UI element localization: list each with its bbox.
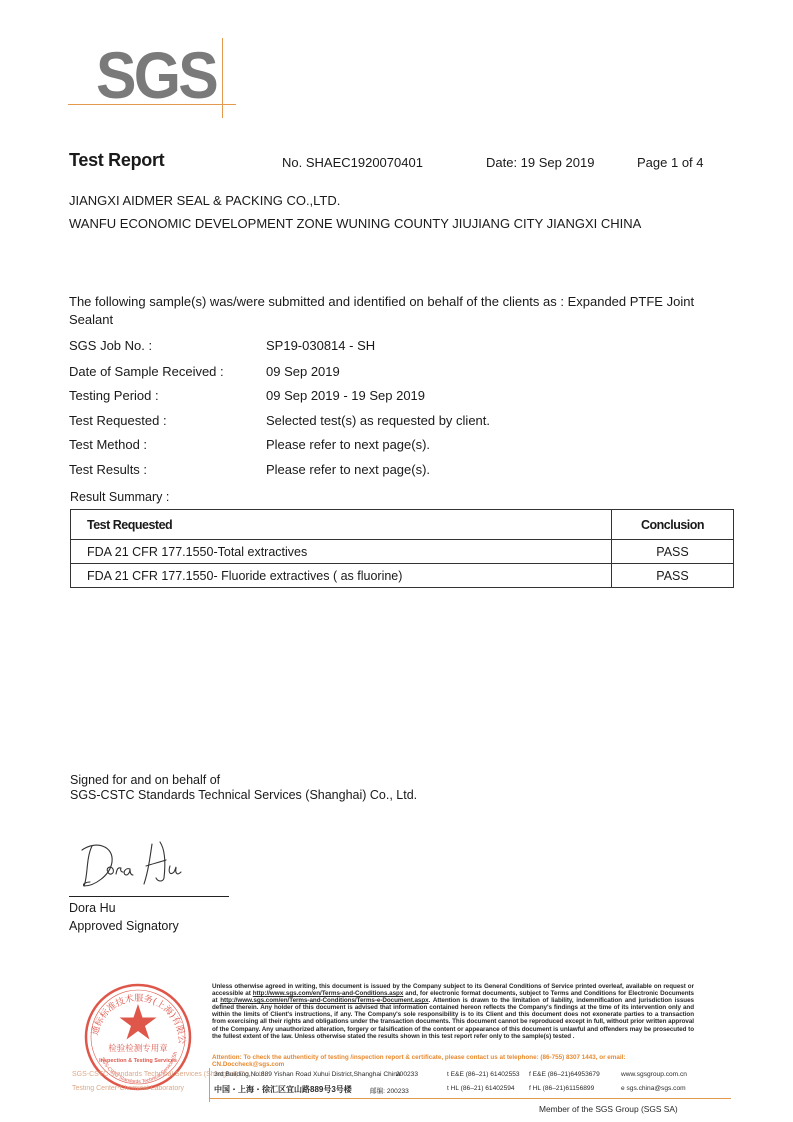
stamp-center-en: Inspection & Testing Services xyxy=(99,1058,177,1064)
terms-link[interactable]: http://www.sgs.com/en/Terms-and-Conditio… xyxy=(253,990,404,997)
result-summary-table: Test Requested Conclusion FDA 21 CFR 177… xyxy=(70,509,734,588)
client-address: WANFU ECONOMIC DEVELOPMENT ZONE WUNING C… xyxy=(69,216,641,231)
stamp-center-cn: 检验检测专用章 xyxy=(108,1043,168,1054)
handwritten-signature xyxy=(78,838,198,890)
info-value: 09 Sep 2019 xyxy=(266,364,340,379)
info-value: 09 Sep 2019 - 19 Sep 2019 xyxy=(266,388,425,403)
test-conclusion: PASS xyxy=(612,540,734,564)
postcode-english: 200233 xyxy=(396,1071,418,1078)
logo-text: SGS xyxy=(96,42,216,108)
sgs-group-membership: Member of the SGS Group (SGS SA) xyxy=(539,1104,678,1114)
table-row: FDA 21 CFR 177.1550- Fluoride extractive… xyxy=(71,564,734,588)
authenticity-notice: Attention: To check the authenticity of … xyxy=(212,1054,694,1068)
document-title: Test Report xyxy=(69,150,164,171)
postcode-chinese: 邮编: 200233 xyxy=(370,1085,409,1095)
website-link[interactable]: www.sgsgroup.com.cn xyxy=(621,1071,687,1078)
phone-hl: t HL (86–21) 61402594 xyxy=(447,1085,515,1092)
client-name: JIANGXI AIDMER SEAL & PACKING CO.,LTD. xyxy=(69,193,340,208)
table-header-row: Test Requested Conclusion xyxy=(71,510,734,540)
info-label: Test Results : xyxy=(69,462,147,477)
legal-disclaimer: Unless otherwise agreed in writing, this… xyxy=(212,983,694,1040)
logo-horizontal-rule xyxy=(68,104,236,105)
report-number: No. SHAEC1920070401 xyxy=(282,155,423,170)
info-label: SGS Job No. : xyxy=(69,338,152,353)
fax-ee: f E&E (86–21)64953679 xyxy=(529,1071,600,1078)
info-value: Please refer to next page(s). xyxy=(266,437,430,452)
sgs-logo: SGS xyxy=(68,38,238,118)
test-conclusion: PASS xyxy=(612,564,734,588)
signing-company: SGS-CSTC Standards Technical Services (S… xyxy=(70,788,417,802)
signature-line xyxy=(69,896,229,897)
signed-on-behalf-label: Signed for and on behalf of xyxy=(70,773,220,787)
fax-hl: f HL (86–21)61156899 xyxy=(529,1085,594,1092)
column-header-conclusion: Conclusion xyxy=(612,510,734,540)
result-summary-label: Result Summary : xyxy=(70,490,169,504)
logo-vertical-rule xyxy=(222,38,223,118)
signer-name: Dora Hu xyxy=(69,901,116,915)
page-number: Page 1 of 4 xyxy=(637,155,704,170)
info-value: Please refer to next page(s). xyxy=(266,462,430,477)
info-label: Date of Sample Received : xyxy=(69,364,224,379)
stamp-caption-lab: Testing Center-Chemical Laboratory xyxy=(72,1085,184,1092)
e-document-terms-link[interactable]: http://www.sgs.com/en/Terms-and-Conditio… xyxy=(220,997,428,1004)
sample-intro: The following sample(s) was/were submitt… xyxy=(69,293,729,329)
legal-text: . Attention is drawn to the limitation o… xyxy=(212,997,694,1039)
test-name: FDA 21 CFR 177.1550- Fluoride extractive… xyxy=(71,564,612,588)
column-header-test: Test Requested xyxy=(71,510,612,540)
phone-ee: t E&E (86–21) 61402553 xyxy=(447,1071,520,1078)
table-row: FDA 21 CFR 177.1550-Total extractives PA… xyxy=(71,540,734,564)
address-english: 3rd Building,No.889 Yishan Road Xuhui Di… xyxy=(214,1071,401,1078)
signer-title: Approved Signatory xyxy=(69,919,179,933)
address-chinese: 中国・上海・徐汇区宜山路889号3号楼 xyxy=(214,1084,352,1095)
footer-horizontal-rule xyxy=(209,1098,731,1099)
info-label: Test Requested : xyxy=(69,413,167,428)
info-label: Testing Period : xyxy=(69,388,159,403)
info-value: SP19-030814 - SH xyxy=(266,338,375,353)
email-link[interactable]: e sgs.china@sgs.com xyxy=(621,1085,686,1092)
test-name: FDA 21 CFR 177.1550-Total extractives xyxy=(71,540,612,564)
info-label: Test Method : xyxy=(69,437,147,452)
footer-vertical-rule xyxy=(209,1068,210,1102)
report-date: Date: 19 Sep 2019 xyxy=(486,155,594,170)
info-value: Selected test(s) as requested by client. xyxy=(266,413,490,428)
